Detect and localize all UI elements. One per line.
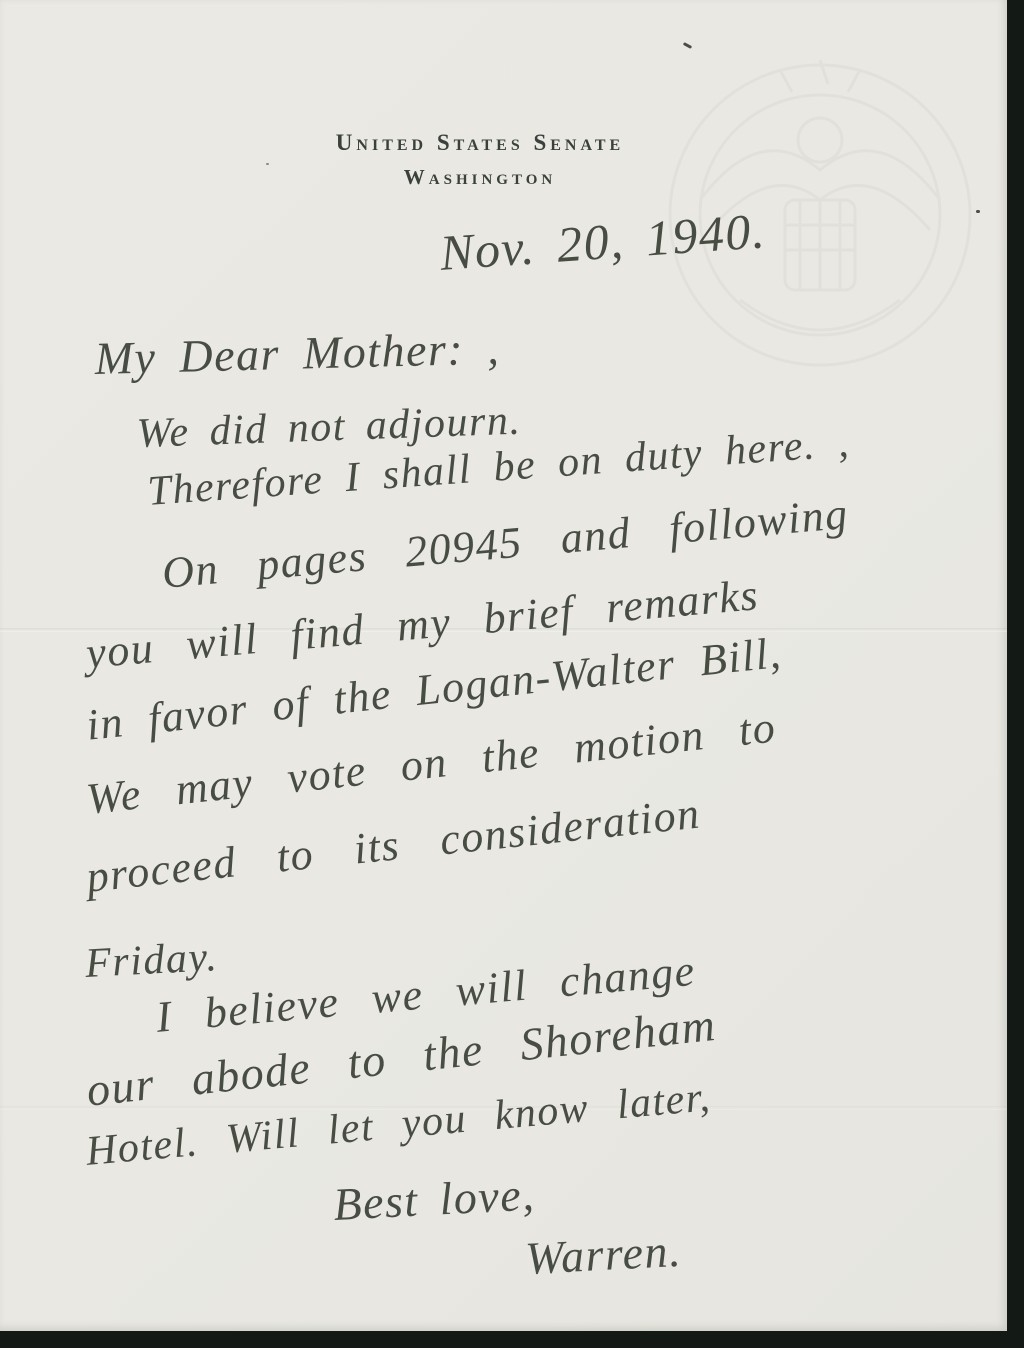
signature-line: Warren. [524, 1224, 683, 1285]
closing-line: Best love, [332, 1167, 536, 1230]
letter-paper: United States Senate Washington Nov. 20,… [0, 0, 1007, 1331]
date-line: Nov. 20, 1940. [438, 201, 768, 282]
letterhead-organization: United States Senate [0, 130, 960, 156]
salutation-line: My Dear Mother: , [94, 321, 501, 385]
letterhead-city: Washington [0, 165, 960, 190]
letterhead: United States Senate Washington [0, 130, 960, 190]
scan-backdrop: United States Senate Washington Nov. 20,… [0, 0, 1024, 1348]
dust-speck [683, 42, 692, 49]
body-line: Friday. [84, 933, 219, 988]
dust-speck [976, 210, 980, 213]
